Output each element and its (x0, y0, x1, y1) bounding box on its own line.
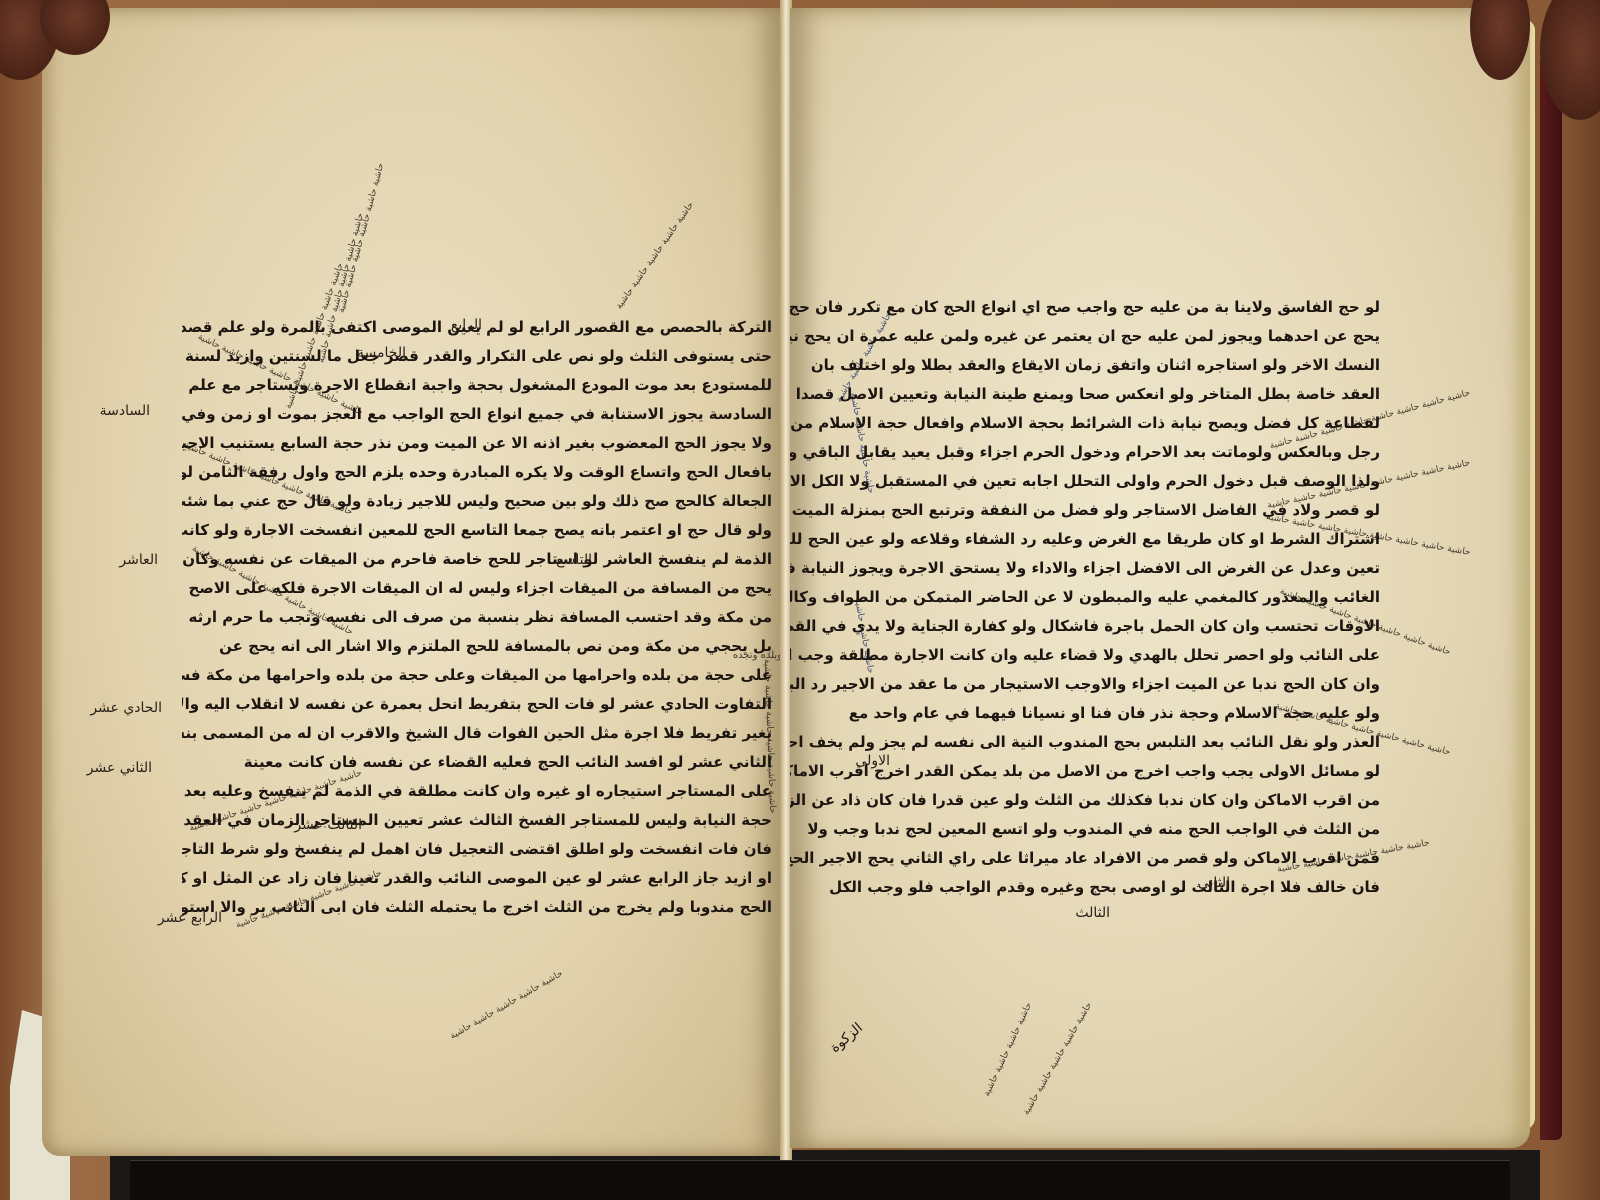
text-line: الاوقات تحتسب وان كان الحمل باجرة فاشكال… (790, 612, 1380, 641)
marginal-gloss: حاشية حاشية حاشية حاشية حاشية (1021, 1001, 1095, 1118)
book-cover-edge (1540, 60, 1562, 1140)
text-line: بغير تفريط فلا اجرة مثل الحين الفوات قال… (182, 719, 772, 748)
right-page: حاشية حاشية حاشية حاشية حاشية حاشية حاشي… (790, 8, 1530, 1148)
text-line: تعين وعدل عن الغرض الى الافضل اجزاء والا… (790, 554, 1380, 583)
text-line: يحج عن احدهما ويجوز لمن عليه حج ان يعتمر… (790, 322, 1380, 351)
rubric-word: الرابع (451, 320, 482, 331)
rubric-word: العاشر (119, 555, 158, 566)
text-line: وان كان الحج ندبا عن الميت اجزاء والاوجب… (790, 670, 1380, 699)
text-line: الغائب والمعذور كالمغمي عليه والمبطون لا… (790, 583, 1380, 612)
text-line: حتى يستوفى الثلث ولو نص على التكرار والق… (182, 342, 772, 371)
main-text-block: التركة بالحصص مع القصور الرابع لو لم يعي… (182, 313, 772, 922)
rubric-word: الثالث (1075, 908, 1110, 919)
text-line: رجل وبالعكس ولوماتت بعد الاحرام ودخول ال… (790, 438, 1380, 467)
marginal-gloss: حاشية حاشية حاشية حاشية حاشية (614, 200, 697, 311)
text-line: على المستاجر استيجاره او غيره وان كانت م… (182, 777, 772, 806)
rubric-word: التاسع (556, 555, 592, 566)
rubric-word: الثاني عشر (87, 763, 152, 774)
text-line: على حجة من بلده واحرامها من الميقات وعلى… (182, 661, 772, 690)
marginal-gloss: حاشية حاشية حاشية حاشية (982, 1001, 1035, 1098)
text-line: بل يحجي من مكة ومن نص بالمسافة للحج المل… (182, 632, 772, 661)
rubric-word: الحادي عشر (90, 703, 162, 714)
text-line: لو حج الفاسق ولاينا بة من عليه حج واجب ص… (790, 293, 1380, 322)
text-line: لقطاعة كل فضل ويصح نيابة ذات الشرائط بحج… (790, 409, 1380, 438)
text-line: التفاوت الحادي عشر لو فات الحج بتفريط ان… (182, 690, 772, 719)
text-line: من اقرب الاماكن وان كان ندبا فكذلك من ال… (790, 786, 1380, 815)
text-line: ولا يجوز الحج المعضوب بغير اذنه الا عن ا… (182, 429, 772, 458)
text-line: الحج مندوبا ولم يخرج من الثلث اخرج ما يح… (182, 893, 772, 922)
gutter-note: وبلده وتجده (733, 650, 782, 661)
left-page: حاشية حاشية حاشية حاشية حاشية حاشية حاشي… (42, 8, 782, 1156)
text-line: العقد خاصة بطل المتاخر ولو انعكس صحا ويم… (790, 380, 1380, 409)
text-line: الذمة لم ينفسخ العاشر لو استاجر للحج خاص… (182, 545, 772, 574)
text-line: ولو قال حج او اعتمر بانه يصح جمعا التاسع… (182, 516, 772, 545)
text-line: او ازيد جاز الرابع عشر لو عين الموصى الن… (182, 864, 772, 893)
text-line: ولو عليه حجة الاسلام وحجة نذر فان فنا او… (790, 699, 1380, 728)
text-line: الثاني عشر لو افسد النائب الحج فعليه الق… (182, 748, 772, 777)
text-line: حجة النيابة وليس للمستاجر الفسخ الثالث ع… (182, 806, 772, 835)
text-line: ولذا الوصف قبل دخول الحرم واولى التحلل ا… (790, 467, 1380, 496)
text-line: الجعالة كالحج صح ذلك ولو بين صحيح وليس ل… (182, 487, 772, 516)
text-line: اشتراك الشرط او كان طريقا مع الغرض وعليه… (790, 525, 1380, 554)
text-line: السادسة يجوز الاستنابة في جميع انواع الح… (182, 400, 772, 429)
dark-table-surface (110, 1150, 1540, 1200)
rubric-word: الثالث عشر (294, 820, 362, 831)
rubric-word: الاولى (855, 756, 890, 767)
marginal-gloss: حاشية حاشية حاشية حاشية حاشية (448, 969, 565, 1043)
text-line: النسك الاخر ولو استاجره اثنان واتفق زمان… (790, 351, 1380, 380)
main-text-block: لو حج الفاسق ولاينا بة من عليه حج واجب ص… (790, 293, 1380, 902)
rubric-word: الخامسة (357, 348, 406, 359)
text-line: لو قصر ولاد في الفاضل الاستاجر ولو فضل م… (790, 496, 1380, 525)
text-line: فمن اقرب الاماكن ولو قصر من الافراد عاد … (790, 844, 1380, 873)
text-line: بافعال الحج واتساع الوقت ولا يكره المباد… (182, 458, 772, 487)
rubric-word: السادسة (100, 406, 150, 417)
text-line: من مكة وقد احتسب المسافة نظر بنسبة من صر… (182, 603, 772, 632)
text-line: فان خالف فلا اجرة الثالث لو اوصى بحج وغي… (790, 873, 1380, 902)
text-line: على النائب ولو احصر تحلل بالهدي ولا قضاء… (790, 641, 1380, 670)
text-line: من الثلث في الواجب الحج منه في المندوب و… (790, 815, 1380, 844)
text-line: يحج من المسافة من الميقات اجزاء وليس له … (182, 574, 772, 603)
text-line: للمستودع بعد موت المودع المشغول بحجة واج… (182, 371, 772, 400)
text-line: فان فات انفسخت ولو اطلق اقتضى التعجيل فا… (182, 835, 772, 864)
rubric-word: الثاني (1198, 878, 1230, 889)
rubric-word: الرابع عشر (158, 913, 222, 924)
